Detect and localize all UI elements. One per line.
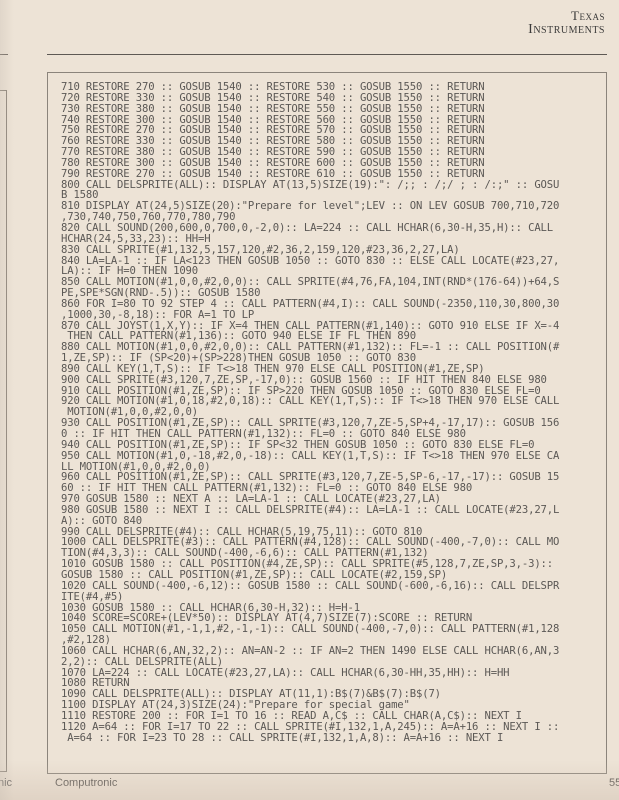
code-line: A=64 :: FOR I=23 TO 28 :: CALL SPRITE(#I… bbox=[61, 733, 601, 744]
texas-instruments-logo: Texas Instruments bbox=[528, 9, 605, 37]
code-line: A):: GOTO 840 bbox=[61, 516, 601, 527]
brand-line-2: Instruments bbox=[528, 23, 605, 37]
code-line: 900 CALL SPRITE(#3,120,7,ZE,SP,-17,0):: … bbox=[61, 375, 601, 386]
code-line: 1050 CALL MOTION(#1,-1,1,#2,-1,-1):: CAL… bbox=[61, 624, 601, 635]
code-line: 790 RESTORE 270 :: GOSUB 1540 :: RESTORE… bbox=[61, 169, 601, 180]
code-line: ,1000,30,-8,18):: FOR A=1 TO LP bbox=[61, 310, 601, 321]
code-line: 800 CALL DELSPRITE(ALL):: DISPLAY AT(13,… bbox=[61, 180, 601, 191]
basic-program-listing: 710 RESTORE 270 :: GOSUB 1540 :: RESTORE… bbox=[61, 82, 601, 743]
code-line: 1020 CALL SOUND(-400,-6,12):: GOSUB 1580… bbox=[61, 581, 601, 592]
code-line: 950 CALL MOTION(#1,0,-18,#2,0,-18):: CAL… bbox=[61, 451, 601, 462]
header-rule bbox=[47, 54, 607, 55]
publication-name: Computronic bbox=[55, 777, 117, 789]
brand-line-1: Texas bbox=[528, 9, 605, 22]
code-line: 830 CALL SPRITE(#1,132,5,157,120,#2,36,2… bbox=[61, 245, 601, 256]
page-number: 55 bbox=[609, 777, 619, 789]
code-line: ITE(#4,#5) bbox=[61, 592, 601, 603]
previous-page-listing-box bbox=[0, 90, 7, 772]
code-line: 730 RESTORE 380 :: GOSUB 1540 :: RESTORE… bbox=[61, 104, 601, 115]
code-line: 1070 LA=224 :: CALL LOCATE(#23,27,LA):: … bbox=[61, 668, 601, 679]
previous-page-header-rule bbox=[0, 54, 8, 55]
previous-page-footer: nic bbox=[0, 777, 12, 789]
code-line: 2,2):: CALL DELSPRITE(ALL) bbox=[61, 657, 601, 668]
code-line: 1120 A=64 :: FOR I=17 TO 22 :: CALL SPRI… bbox=[61, 722, 601, 733]
code-line: 980 GOSUB 1580 :: NEXT I :: CALL DELSPRI… bbox=[61, 505, 601, 516]
